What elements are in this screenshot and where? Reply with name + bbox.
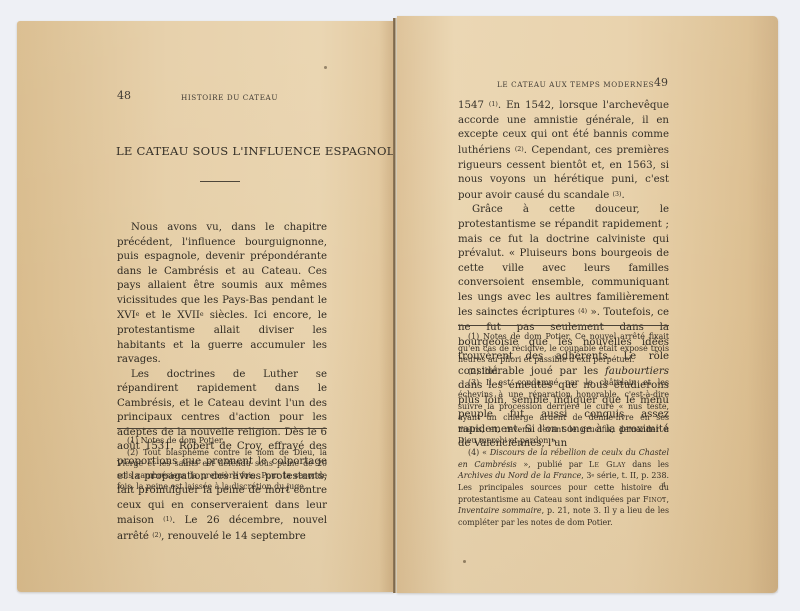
signature-mark: 4: [662, 482, 666, 489]
footnote-rule: [117, 428, 327, 429]
paper-speck: [324, 66, 327, 69]
title-rule: [200, 181, 240, 182]
right-page: LE CATEAU AUX TEMPS MODERNES 49 1547 (1)…: [397, 16, 778, 593]
paragraph: Nous avons vu, dans le chapitre précéden…: [117, 221, 327, 368]
left-page: 48 HISTOIRE DU CATEAU LE CATEAU SOUS L'I…: [17, 21, 394, 592]
footnote: (2) Tout blasphème contre le nom de Dieu…: [117, 447, 327, 493]
footnote: (3) Il est condamné par le châtelain et …: [458, 377, 669, 447]
footnote: (2) Ibid.: [458, 366, 669, 378]
footnote: (1) Notes de dom Potier. Ce nouvel arrêt…: [458, 331, 669, 366]
running-head: HISTOIRE DU CATEAU: [181, 93, 278, 102]
paper-speck: [463, 560, 466, 563]
footnote: (1) Notes de dom Potier.: [117, 435, 327, 447]
paper-speck: [662, 497, 664, 499]
page-number: 49: [654, 76, 668, 89]
chapter-title: LE CATEAU SOUS L'INFLUENCE ESPAGNOLE: [116, 144, 403, 158]
footnotes: (1) Notes de dom Potier. (2) Tout blasph…: [117, 435, 327, 493]
footnote-rule: [458, 325, 669, 326]
page-number: 48: [117, 89, 131, 102]
running-head: LE CATEAU AUX TEMPS MODERNES: [497, 80, 654, 89]
footnotes: (1) Notes de dom Potier. Ce nouvel arrêt…: [458, 331, 669, 528]
paragraph: 1547 (1). En 1542, lorsque l'archevêque …: [458, 98, 669, 203]
body-text: Nous avons vu, dans le chapitre précéden…: [117, 221, 327, 545]
footnote: (4) « Discours de la rébellion de ceulx …: [458, 447, 669, 528]
